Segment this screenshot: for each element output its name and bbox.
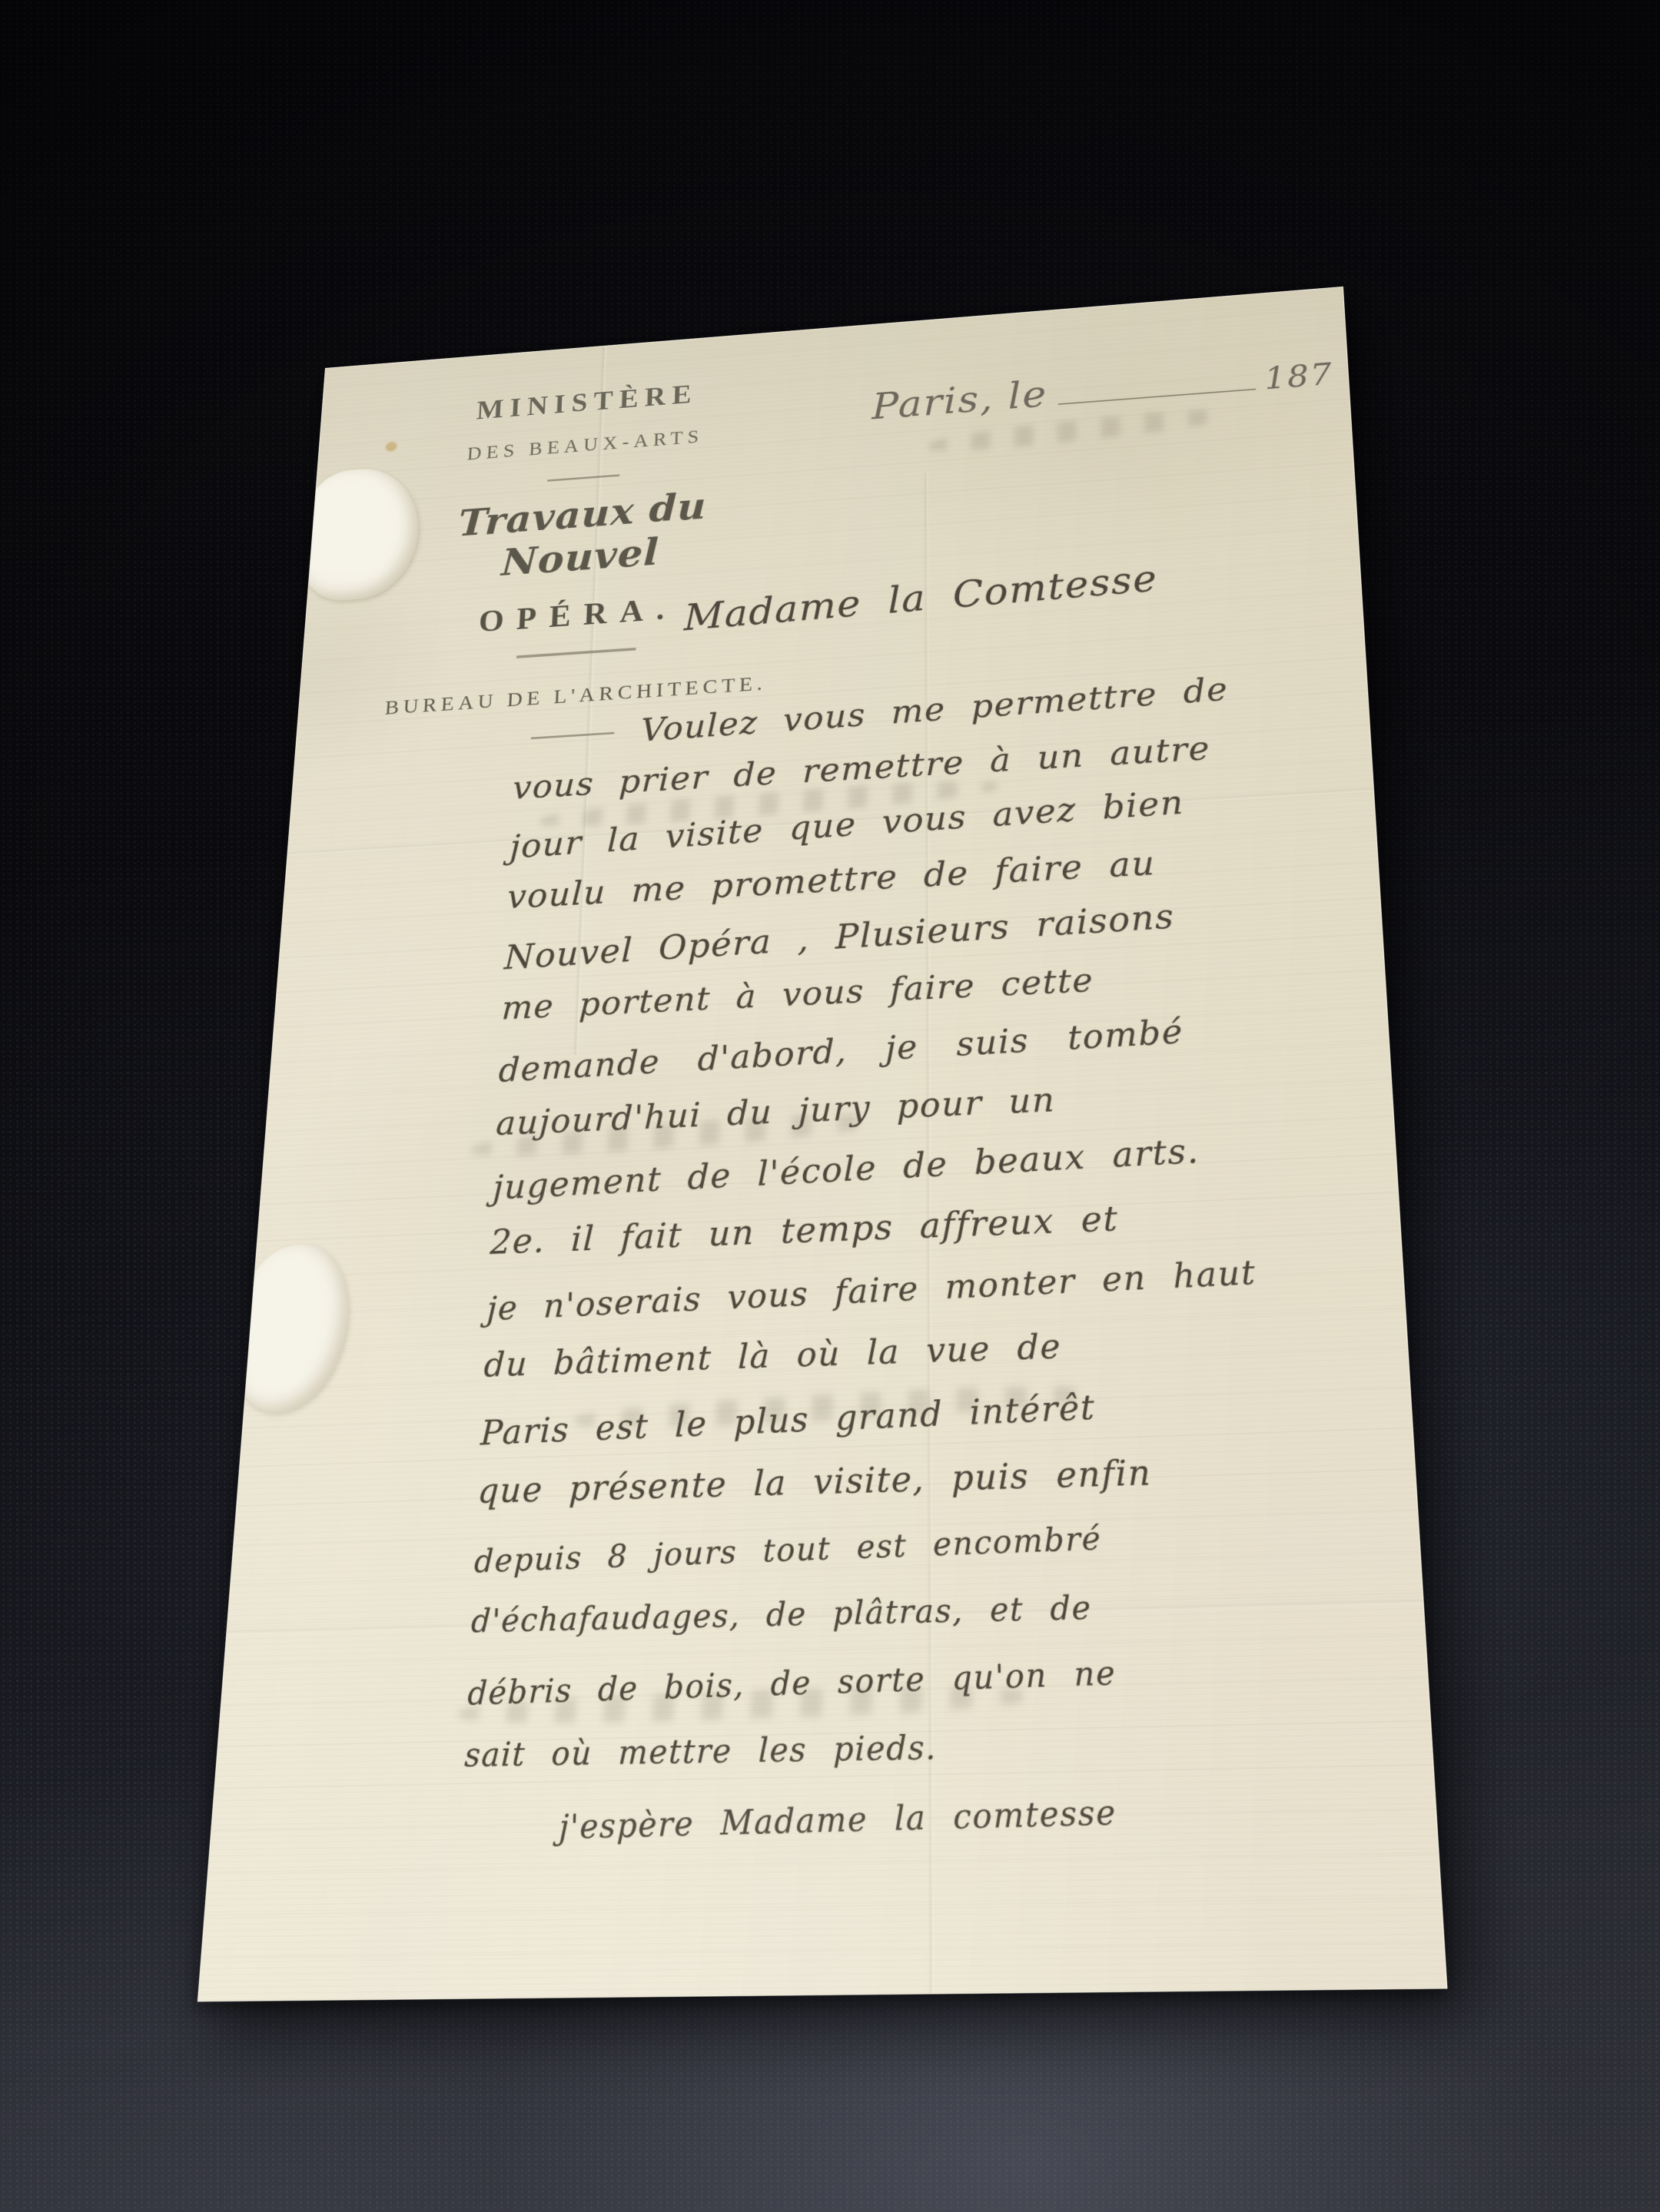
photo-background: { "colors": { "fabric_dark": "#0b0b0f", … [0, 0, 1660, 2212]
letterhead-divider [516, 648, 636, 658]
dateline: Paris, le 187 [871, 352, 1334, 428]
letter-body: Voulez vous me permettre de vous prier d… [460, 655, 1420, 1860]
letterhead-divider [547, 474, 619, 481]
dateline-fill-line [1057, 388, 1256, 405]
dateline-place-label: Paris, le [871, 374, 1047, 429]
letter-paper: MINISTÈRE DES BEAUX-ARTS Travaux du Nouv… [198, 287, 1448, 2002]
letterhead-works-line: Travaux du Nouvel [373, 479, 790, 594]
letterhead: MINISTÈRE DES BEAUX-ARTS Travaux du Nouv… [363, 371, 792, 750]
dateline-year-prefix: 187 [1263, 357, 1334, 396]
